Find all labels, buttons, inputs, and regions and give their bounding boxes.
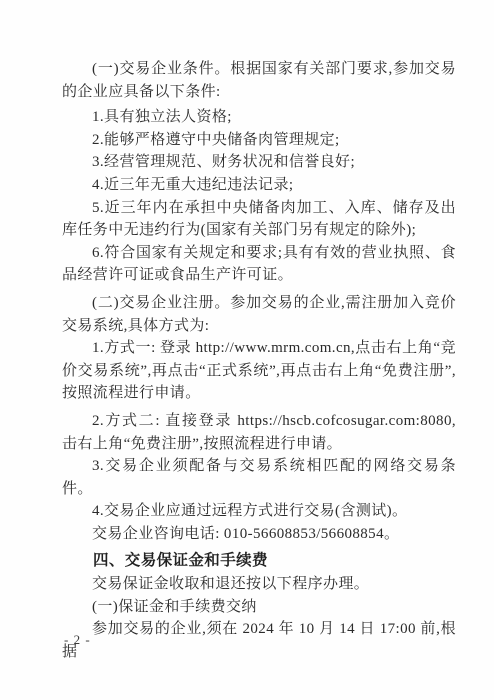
- paragraph-register-method-2: 2.方式二: 直接登录 https://hscb.cofcosugar.com:…: [62, 410, 456, 455]
- paragraph-condition-3: 3.经营管理规范、财务状况和信誉良好;: [62, 151, 456, 174]
- paragraph-consult-phone: 交易企业咨询电话: 010-56608853/56608854。: [62, 523, 456, 546]
- paragraph-condition-6: 6.符合国家有关规定和要求;具有有效的营业执照、食品经营许可证或食品生产许可证。: [62, 242, 456, 287]
- paragraph-condition-5: 5.近三年内在承担中央储备肉加工、入库、储存及出库任务中无违约行为(国家有关部门…: [62, 197, 456, 242]
- paragraph-register-item-4: 4.交易企业应通过远程方式进行交易(含测试)。: [62, 500, 456, 523]
- page-number: - 2 -: [64, 632, 91, 648]
- paragraph-section2-intro: (二)交易企业注册。参加交易的企业,需注册加入竞价交易系统,具体方式为:: [62, 292, 456, 337]
- document-page: (一)交易企业条件。根据国家有关部门要求,参加交易的企业应具备以下条件: 1.具…: [0, 0, 494, 700]
- paragraph-condition-1: 1.具有独立法人资格;: [62, 106, 456, 129]
- paragraph-condition-4: 4.近三年无重大违纪违法记录;: [62, 174, 456, 197]
- paragraph-deposit-sub1: (一)保证金和手续费交纳: [62, 596, 456, 619]
- section-heading-4: 四、交易保证金和手续费: [62, 550, 456, 573]
- document-body: (一)交易企业条件。根据国家有关部门要求,参加交易的企业应具备以下条件: 1.具…: [62, 58, 456, 663]
- paragraph-register-item-3: 3.交易企业须配备与交易系统相匹配的网络交易条件。: [62, 455, 456, 500]
- paragraph-register-method-1: 1.方式一: 登录 http://www.mrm.com.cn,点击右上角“竞价…: [62, 337, 456, 405]
- paragraph-condition-2: 2.能够严格遵守中央储备肉管理规定;: [62, 129, 456, 152]
- paragraph-deposit-deadline: 参加交易的企业,须在 2024 年 10 月 14 日 17:00 前,根据: [62, 618, 456, 663]
- paragraph-section1-intro: (一)交易企业条件。根据国家有关部门要求,参加交易的企业应具备以下条件:: [62, 58, 456, 103]
- paragraph-deposit-intro: 交易保证金收取和退还按以下程序办理。: [62, 573, 456, 596]
